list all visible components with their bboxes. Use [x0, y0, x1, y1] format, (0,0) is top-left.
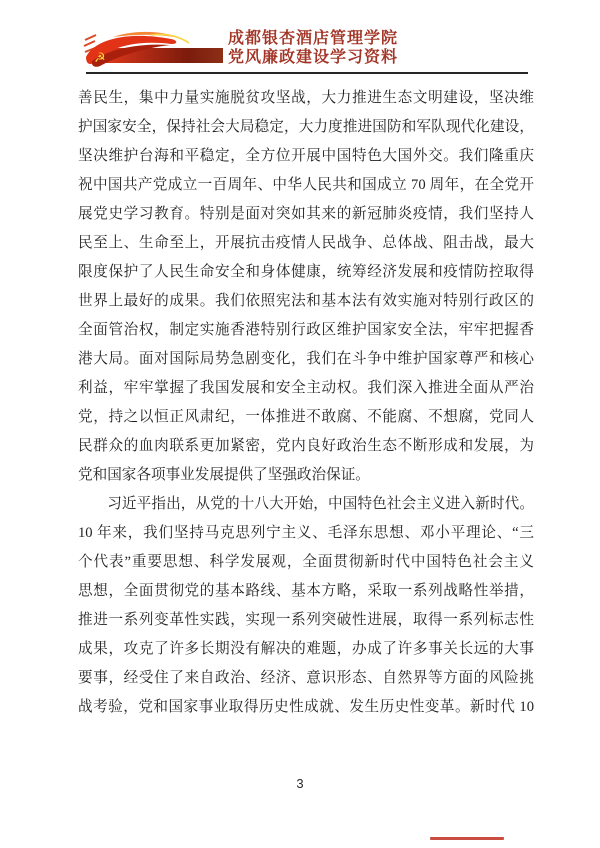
text-line: 要事，经受住了来自政治、经济、意识形态、自然界等方面的风险挑 — [78, 664, 534, 693]
text-line: 全面管治权，制定实施香港特别行政区维护国家安全法，牢牢把握香 — [78, 316, 534, 345]
text-line: 港大局。面对国际局势急剧变化，我们在斗争中维护国家尊严和核心 — [78, 345, 534, 374]
body-text: 善民生，集中力量实施脱贫攻坚战，大力推进生态文明建设，坚决维 护国家安全，保持社… — [78, 84, 534, 722]
text-line-paragraph-end: 党和国家各项事业发展提供了坚强政治保证。 — [78, 461, 534, 490]
text-line: 祝中国共产党成立一百周年、中华人民共和国成立 70 周年，在全党开 — [78, 171, 534, 200]
text-line-paragraph-start: 习近平指出，从党的十八大开始，中国特色社会主义进入新时代。 — [78, 490, 534, 519]
page-number: 3 — [0, 776, 600, 791]
text-line: 展党史学习教育。特别是面对突如其来的新冠肺炎疫情，我们坚持人 — [78, 200, 534, 229]
text-line: 护国家安全，保持社会大局稳定，大力度推进国防和军队现代化建设， — [78, 113, 534, 142]
text-line: 个代表”重要思想、科学发展观，全面贯彻新时代中国特色社会主义 — [78, 548, 534, 577]
text-line: 世界上最好的成果。我们依照宪法和基本法有效实施对特别行政区的 — [78, 287, 534, 316]
header-divider — [86, 72, 528, 74]
text-line: 思想，全面贯彻党的基本路线、基本方略，采取一系列战略性举措， — [78, 577, 534, 606]
text-line: 善民生，集中力量实施脱贫攻坚战，大力推进生态文明建设，坚决维 — [78, 84, 534, 113]
header-title-block: 成都银杏酒店管理学院 党风廉政建设学习资料 — [228, 29, 398, 67]
party-flame-logo: ☭ — [83, 31, 223, 69]
text-line: 限度保护了人民生命安全和身体健康，统筹经济发展和疫情防控取得 — [78, 258, 534, 287]
doc-subtitle: 党风廉政建设学习资料 — [228, 48, 398, 67]
school-logo: ☭ — [83, 31, 223, 69]
footer-red-mark — [430, 837, 504, 840]
text-line: 成果，攻克了许多长期没有解决的难题，办成了许多事关长远的大事 — [78, 635, 534, 664]
text-line: 民群众的血肉联系更加紧密，党内良好政治生态不断形成和发展，为 — [78, 432, 534, 461]
text-line: 10 年来，我们坚持马克思列宁主义、毛泽东思想、邓小平理论、“三 — [78, 519, 534, 548]
text-line: 民至上、生命至上，开展抗击疫情人民战争、总体战、阻击战，最大 — [78, 229, 534, 258]
document-page: ☭ 成都银杏酒店管理学院 党风廉政建设学习资料 善民生，集中力量实施脱贫攻坚战，… — [0, 0, 600, 848]
text-line: 坚决维护台海和平稳定，全方位开展中国特色大国外交。我们隆重庆 — [78, 142, 534, 171]
text-line: 利益，牢牢掌握了我国发展和安全主动权。我们深入推进全面从严治 — [78, 374, 534, 403]
hammer-sickle-icon: ☭ — [94, 50, 106, 65]
text-line: 推进一系列变革性实践，实现一系列突破性进展，取得一系列标志性 — [78, 606, 534, 635]
text-line: 党，持之以恒正风肃纪，一体推进不敢腐、不能腐、不想腐，党同人 — [78, 403, 534, 432]
text-line: 战考验，党和国家事业取得历史性成就、发生历史性变革。新时代 10 — [78, 693, 534, 722]
school-name: 成都银杏酒店管理学院 — [228, 29, 398, 48]
